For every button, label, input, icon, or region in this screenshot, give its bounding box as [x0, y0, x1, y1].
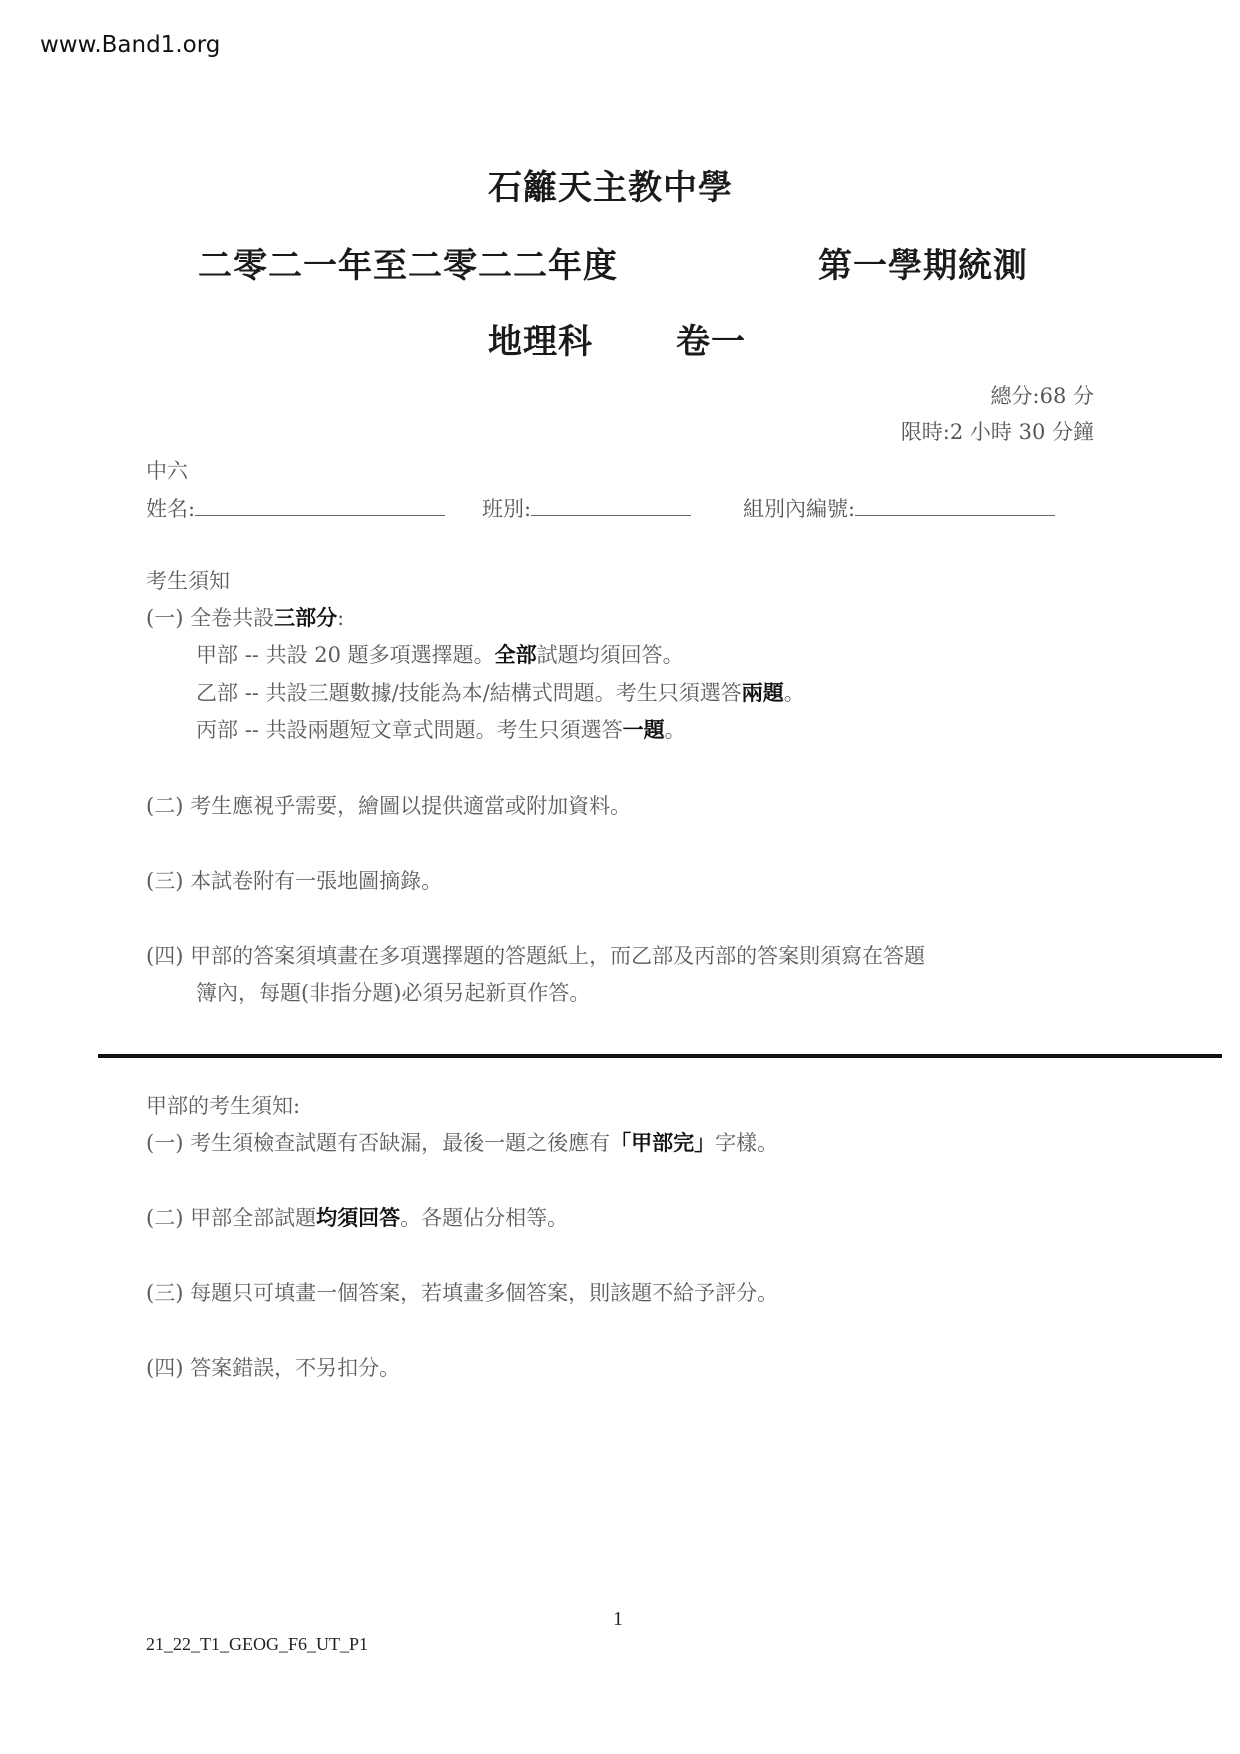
number-label: 組別內編號:: [743, 497, 855, 521]
number-blank[interactable]: [855, 495, 1055, 516]
item-number: (二): [146, 1206, 183, 1230]
part-text-end: 。: [665, 718, 686, 742]
document-code: 21_22_T1_GEOG_F6_UT_P1: [146, 1634, 368, 1655]
part-bold: 全部: [495, 643, 537, 667]
total-score: 總分:68 分: [991, 380, 1094, 410]
subject-title: 地理科: [488, 314, 593, 363]
item-text: 考生須檢查試題有否缺漏，最後一題之後應有: [190, 1131, 610, 1155]
section-a-heading: 甲部的考生須知:: [146, 1090, 300, 1120]
section-a-item-1: (一) 考生須檢查試題有否缺漏，最後一題之後應有「甲部完」字樣。: [146, 1127, 778, 1157]
instructions-heading: 考生須知: [146, 565, 230, 595]
item-number: (三): [146, 869, 183, 893]
item-bold: 三部分: [274, 606, 337, 630]
part-text: 共設兩題短文章式問題。考生只須選答: [266, 718, 623, 742]
instruction-item-2: (二) 考生應視乎需要，繪圖以提供適當或附加資料。: [146, 790, 631, 820]
instruction-item-4-cont: 簿內，每題(非指分題)必須另起新頁作答。: [196, 977, 590, 1007]
part-name: 甲部: [196, 643, 238, 667]
item-bold: 均須回答: [316, 1206, 400, 1230]
item-number: (一): [146, 606, 183, 630]
item-number: (三): [146, 1281, 183, 1305]
part-sep: --: [245, 681, 259, 705]
instruction-item-1: (一) 全卷共設三部分:: [146, 602, 344, 632]
class-field[interactable]: 班別:: [482, 493, 691, 523]
name-field[interactable]: 姓名:: [146, 493, 445, 523]
section-a-item-2: (二) 甲部全部試題均須回答。各題佔分相等。: [146, 1202, 568, 1232]
part-text: 共設 20 題多項選擇題。: [266, 643, 495, 667]
part-a-line: 甲部 -- 共設 20 題多項選擇題。全部試題均須回答。: [196, 639, 684, 669]
class-label: 班別:: [482, 497, 531, 521]
part-name: 丙部: [196, 718, 238, 742]
part-text: 共設三題數據/技能為本/結構式問題。考生只須選答: [266, 681, 742, 705]
part-c-line: 丙部 -- 共設兩題短文章式問題。考生只須選答一題。: [196, 714, 686, 744]
watermark-link[interactable]: www.Band1.org: [40, 32, 220, 58]
part-bold: 一題: [623, 718, 665, 742]
exam-term: 第一學期統測: [818, 238, 1028, 287]
part-text-end: 試題均須回答。: [537, 643, 684, 667]
item-suffix: :: [337, 606, 344, 630]
section-a-item-4: (四) 答案錯誤，不另扣分。: [146, 1352, 400, 1382]
item-text: 每題只可填畫一個答案，若填畫多個答案，則該題不給予評分。: [190, 1281, 778, 1305]
part-b-line: 乙部 -- 共設三題數據/技能為本/結構式問題。考生只須選答兩題。: [196, 677, 805, 707]
item-number: (二): [146, 794, 183, 818]
paper-title: 卷一: [676, 314, 746, 363]
item-text: 甲部的答案須填畫在多項選擇題的答題紙上，而乙部及丙部的答案則須寫在答題: [190, 944, 925, 968]
item-number: (四): [146, 1356, 183, 1380]
item-number: (四): [146, 944, 183, 968]
item-text: 全卷共設: [190, 606, 274, 630]
part-bold: 兩題: [742, 681, 784, 705]
section-divider: [98, 1054, 1222, 1058]
instruction-item-4: (四) 甲部的答案須填畫在多項選擇題的答題紙上，而乙部及丙部的答案則須寫在答題: [146, 940, 925, 970]
part-text-end: 。: [784, 681, 805, 705]
item-text-end: 字樣。: [715, 1131, 778, 1155]
instruction-item-3: (三) 本試卷附有一張地圖摘錄。: [146, 865, 442, 895]
page-number: 1: [613, 1608, 623, 1631]
item-text: 考生應視乎需要，繪圖以提供適當或附加資料。: [190, 794, 631, 818]
grade-label: 中六: [146, 455, 188, 485]
number-field[interactable]: 組別內編號:: [743, 493, 1055, 523]
name-label: 姓名:: [146, 497, 195, 521]
item-text: 本試卷附有一張地圖摘錄。: [190, 869, 442, 893]
item-text: 答案錯誤，不另扣分。: [190, 1356, 400, 1380]
class-blank[interactable]: [531, 495, 691, 516]
part-name: 乙部: [196, 681, 238, 705]
item-bold: 「甲部完」: [610, 1131, 715, 1155]
item-number: (一): [146, 1131, 183, 1155]
time-limit: 限時:2 小時 30 分鐘: [901, 416, 1094, 446]
part-sep: --: [245, 718, 259, 742]
item-text-end: 。各題佔分相等。: [400, 1206, 568, 1230]
name-blank[interactable]: [195, 495, 445, 516]
part-sep: --: [245, 643, 259, 667]
item-text: 甲部全部試題: [190, 1206, 316, 1230]
school-name: 石籬天主教中學: [488, 160, 733, 209]
section-a-item-3: (三) 每題只可填畫一個答案，若填畫多個答案，則該題不給予評分。: [146, 1277, 778, 1307]
academic-year: 二零二一年至二零二二年度: [198, 238, 618, 287]
